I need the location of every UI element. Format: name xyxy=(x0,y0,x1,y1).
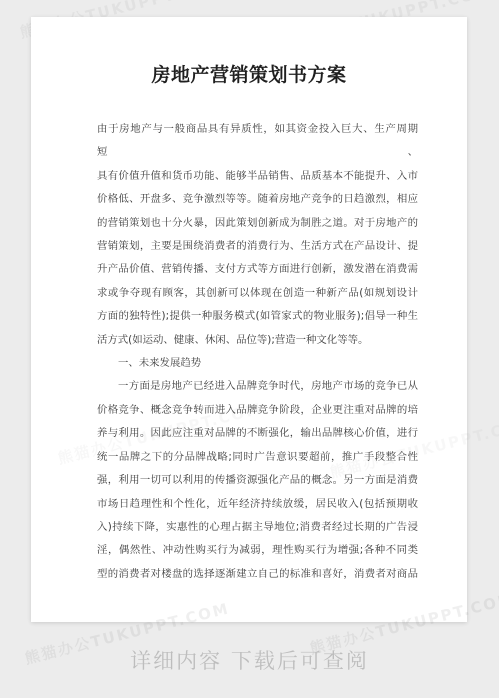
text-line: 入)持续下降，实惠性的心理占据主导地位;消费者经过长期的广告浸 xyxy=(97,516,418,539)
text-line: 具有价值升值和货币功能、能够半品销售、品质基本不能提升、入市 xyxy=(97,165,418,188)
document-page: 房地产营销策划书方案 由于房地产与一般商品具有异质性，如其资金投入巨大、生产周期… xyxy=(31,17,467,622)
text-line: 型的消费者对楼盘的选择逐渐建立自己的标准和喜好，消费者对商品 xyxy=(97,563,418,586)
text-line: 统一品牌之下的分品牌战略;同时广告意识要超前，推广手段整合性 xyxy=(97,446,418,469)
text-line: 市场日趋理性和个性化，近年经济持续放缓，居民收入(包括预期收 xyxy=(97,493,418,516)
text-line: 求或争夺现有顾客，其创新可以体现在创造一种新产品(如规划设计 xyxy=(97,282,418,305)
section-heading: 一、未来发展趋势 xyxy=(97,352,418,375)
text-line: 价格低、开盘多、竞争激烈等等。随着房地产竞争的日趋激烈，相应 xyxy=(97,188,418,211)
download-notice: 详细内容 下载后可查阅 xyxy=(130,645,369,675)
text-line: 淫，偶然性、冲动性购买行为减弱，理性购买行为增强;各种不同类 xyxy=(97,539,418,562)
text-line: 升产品价值、营销传播、支付方式等方面进行创新，激发潜在消费需 xyxy=(97,258,418,281)
text-line: 方面的独特性);提供一种服务模式(如管家式的物业服务);倡导一种生 xyxy=(97,305,418,328)
document-title: 房地产营销策划书方案 xyxy=(31,65,467,85)
text-line: 营销策划，主要是围绕消费者的消费行为、生活方式在产品设计、提 xyxy=(97,235,418,258)
text-line: 活方式(如运动、健康、休闲、品位等);营造一种文化等等。 xyxy=(97,329,418,352)
text-line: 价格竞争、概念竞争转而进入品牌竞争阶段，企业更注重对品牌的培 xyxy=(97,399,418,422)
document-body: 由于房地产与一般商品具有异质性，如其资金投入巨大、生产周期短、 具有价值升值和货… xyxy=(31,118,467,586)
footer-bar: 详细内容 下载后可查阅 xyxy=(0,622,499,698)
text-line: 强，利用一切可以利用的传播资源强化产品的概念。另一方面是消费 xyxy=(97,469,418,492)
text-line: 的营销策划也十分火暴，因此策划创新成为制胜之道。对于房地产的 xyxy=(97,212,418,235)
text-line: 由于房地产与一般商品具有异质性，如其资金投入巨大、生产周期短、 xyxy=(97,118,418,165)
text-line: 一方面是房地产已经进入品牌竞争时代，房地产市场的竞争已从 xyxy=(97,375,418,398)
text-line: 养与利用。因此应注重对品牌的不断强化，输出品牌核心价值，进行 xyxy=(97,422,418,445)
